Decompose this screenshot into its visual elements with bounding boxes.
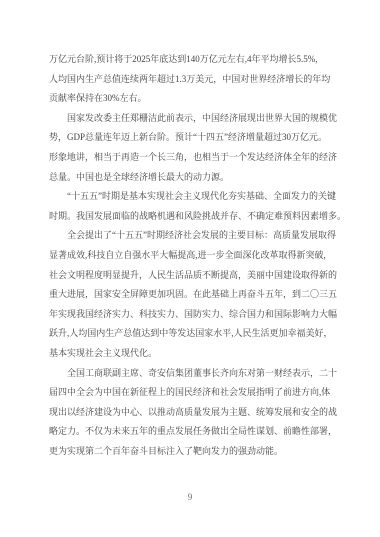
document-page: 万亿元台阶,预计将于2025年底达到140万亿元左右,4年平均增长5.5%,人均… [0,0,380,537]
text-line: 年实现我国经济实力、科技实力、国防实力、综合国力和国际影响力大幅 [49,305,335,325]
page-number: 9 [0,492,380,502]
paragraph: 全国工商联副主席、奇安信集团董事长齐向东对第一财经表示，二十届四中全会为中国在新… [49,364,335,462]
text-line: 更为实现第二个百年奋斗目标注入了靶向发力的强劲动能。 [49,442,335,462]
document-text-block: 万亿元台阶,预计将于2025年底达到140万亿元左右,4年平均增长5.5%,人均… [49,50,335,461]
text-line: 届四中全会为中国在新征程上的国民经济和社会发展指明了前进方向,体 [49,383,335,403]
paragraph: “十五五”时期是基本实现社会主义现代化夯实基础、全面发力的关键时期。我国发展面临… [49,187,335,226]
text-line: 略定力。不仅为未来五年的重点发展任务做出全局性谋划、前瞻性部署， [49,422,335,442]
text-line: 国家发改委主任郑栅洁此前表示，中国经济展现出世界大国的规模优 [49,109,335,129]
text-line: 时期。我国发展面临的战略机遇和风险挑战并存、不确定难预料因素增多。 [49,207,335,227]
paragraph: 万亿元台阶,预计将于2025年底达到140万亿元左右,4年平均增长5.5%,人均… [49,50,335,109]
paragraph: 全会提出了“十五五”时期经济社会发展的主要目标：高质量发展取得显著成效,科技自立… [49,226,335,363]
text-line: 社会文明程度明显提升，人民生活品质不断提高，美丽中国建设取得新的 [49,266,335,286]
text-line: 显著成效,科技自立自强水平大幅提高,进一步全面深化改革取得新突破, [49,246,335,266]
text-line: 人均国内生产总值连续两年超过1.3万美元，中国对世界经济增长的年均 [49,70,335,90]
text-line: 形象地讲，相当于再造一个长三角，也相当于一个发达经济体全年的经济 [49,148,335,168]
text-line: “十五五”时期是基本实现社会主义现代化夯实基础、全面发力的关键 [49,187,335,207]
text-line: 总量。中国也是全球经济增长最大的动力源。 [49,168,335,188]
text-line: 全会提出了“十五五”时期经济社会发展的主要目标：高质量发展取得 [49,226,335,246]
text-line: 势，GDP总量连年迈上新台阶。预计“十四五”经济增量超过30万亿元。 [49,128,335,148]
text-line: 全国工商联副主席、奇安信集团董事长齐向东对第一财经表示，二十 [49,364,335,384]
text-line: 跃升,人均国内生产总值达到中等发达国家水平,人民生活更加幸福美好， [49,324,335,344]
text-line: 万亿元台阶,预计将于2025年底达到140万亿元左右,4年平均增长5.5%, [49,50,335,70]
paragraph: 国家发改委主任郑栅洁此前表示，中国经济展现出世界大国的规模优势，GDP总量连年迈… [49,109,335,187]
text-line: 贡献率保持在30%左右。 [49,89,335,109]
text-line: 现出以经济建设为中心、以推动高质量发展为主题、统筹发展和安全的战 [49,403,335,423]
text-line: 基本实现社会主义现代化。 [49,344,335,364]
text-line: 重大进展，国家安全屏障更加巩固。在此基础上再奋斗五年，到二〇三五 [49,285,335,305]
